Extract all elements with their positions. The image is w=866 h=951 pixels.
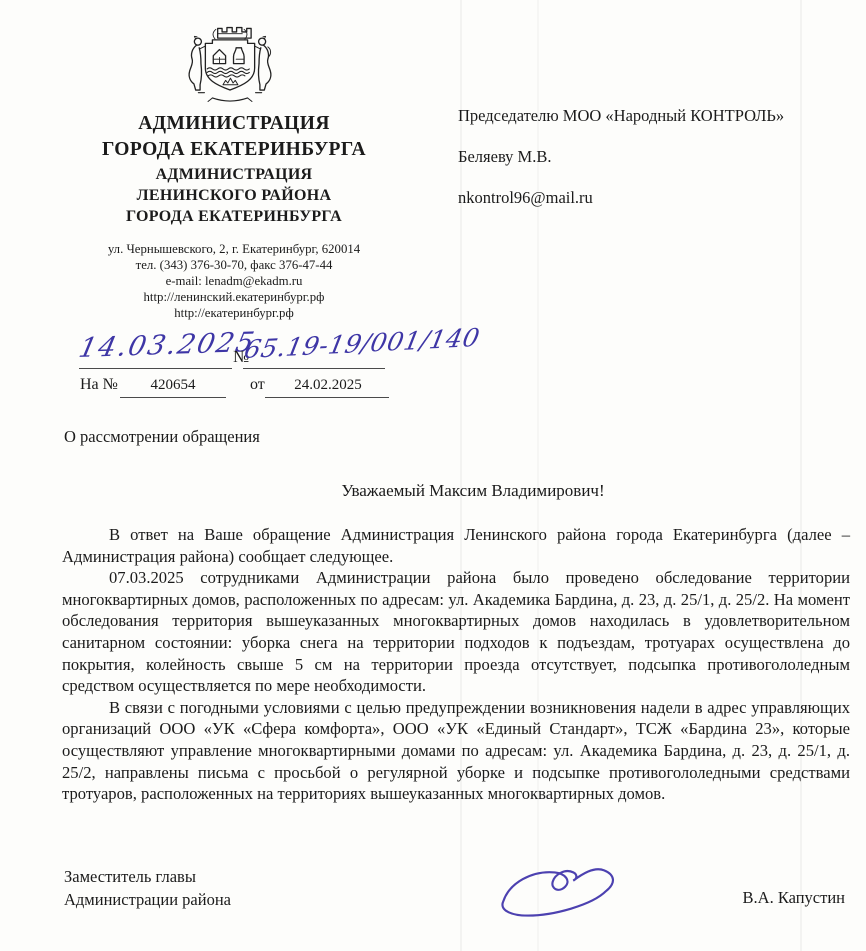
signer-position: Заместитель главы Администрации района [64, 866, 231, 911]
outgoing-date-handwritten: 14.03.2025 [76, 327, 259, 364]
incoming-date: 24.02.2025 [273, 377, 383, 394]
body-paragraph-3: В связи с погодными условиями с целью пр… [62, 697, 850, 805]
handwritten-signature [488, 858, 638, 930]
letterhead-contacts: ул. Чернышевского, 2, г. Екатеринбург, 6… [28, 241, 440, 321]
coat-of-arms-yekaterinburg-icon [186, 13, 274, 109]
from-label: от [250, 376, 265, 394]
scanned-official-letter: АДМИНИСТРАЦИЯ ГОРОДА ЕКАТЕРИНБУРГА АДМИН… [0, 0, 866, 951]
org-email: e-mail: lenadm@ekadm.ru [28, 273, 440, 289]
outgoing-number-underline [243, 368, 385, 369]
incoming-date-underline [265, 397, 389, 398]
incoming-number: 420654 [127, 377, 219, 394]
phone-fax: тел. (343) 376-30-70, факс 376-47-44 [28, 257, 440, 273]
body-paragraph-2: 07.03.2025 сотрудниками Администрации ра… [62, 567, 850, 697]
incoming-number-underline [120, 397, 226, 398]
recipient-name: Беляеву М.В. [458, 147, 858, 167]
incoming-ref-label: На № [80, 376, 118, 394]
signer-name: В.А. Капустин [743, 888, 845, 908]
org-name-line1: АДМИНИСТРАЦИЯ [28, 111, 440, 137]
recipient-email: nkontrol96@mail.ru [458, 188, 858, 208]
recipient-block: Председателю МОО «Народный КОНТРОЛЬ» Бел… [458, 106, 858, 229]
letterhead-city-administration: АДМИНИСТРАЦИЯ ГОРОДА ЕКАТЕРИНБУРГА [28, 111, 440, 162]
dept-name-line2: ЛЕНИНСКОГО РАЙОНА [28, 185, 440, 206]
signer-position-line2: Администрации района [64, 889, 231, 912]
org-website-district: http://ленинский.екатеринбург.рф [28, 289, 440, 305]
dept-name-line1: АДМИНИСТРАЦИЯ [28, 164, 440, 185]
outgoing-number-handwritten: 65.19-19/001/140 [242, 323, 483, 364]
dept-name-line3: ГОРОДА ЕКАТЕРИНБУРГА [28, 206, 440, 227]
outgoing-date-underline [79, 368, 232, 369]
salutation: Уважаемый Максим Владимирович! [80, 481, 866, 501]
letter-subject: О рассмотрении обращения [64, 427, 260, 447]
recipient-title: Председателю МОО «Народный КОНТРОЛЬ» [458, 106, 858, 126]
letterhead-district-administration: АДМИНИСТРАЦИЯ ЛЕНИНСКОГО РАЙОНА ГОРОДА Е… [28, 164, 440, 227]
body-paragraph-1: В ответ на Ваше обращение Администрация … [62, 524, 850, 567]
org-website-city: http://екатеринбург.рф [28, 305, 440, 321]
signer-position-line1: Заместитель главы [64, 866, 231, 889]
org-name-line2: ГОРОДА ЕКАТЕРИНБУРГА [28, 137, 440, 163]
postal-address: ул. Чернышевского, 2, г. Екатеринбург, 6… [28, 241, 440, 257]
letter-body: В ответ на Ваше обращение Администрация … [62, 524, 850, 805]
